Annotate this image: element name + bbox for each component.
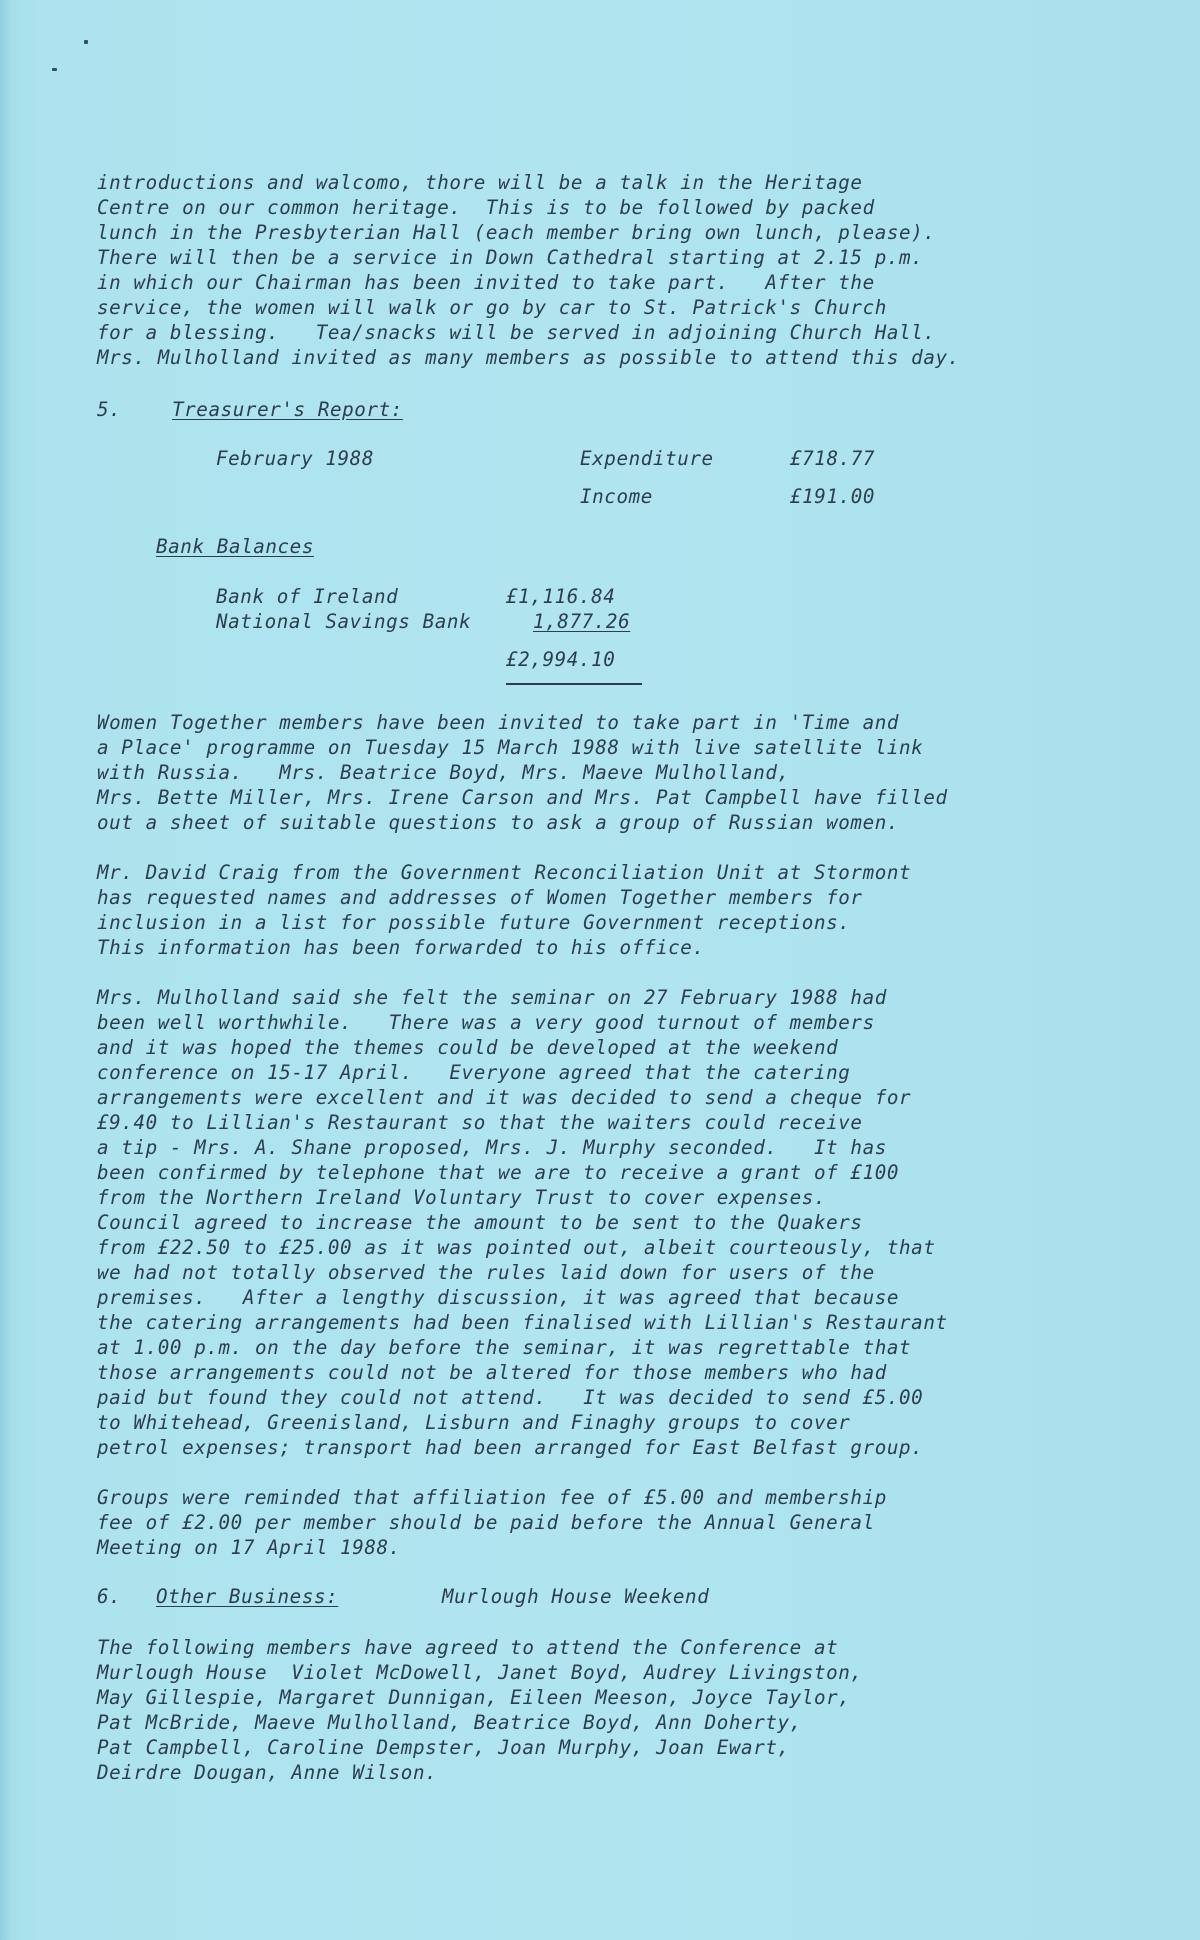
text-line: lunch in the Presbyterian Hall (each mem… xyxy=(97,220,960,245)
text-line: inclusion in a list for possible future … xyxy=(97,910,911,935)
text-line: been well worthwhile. There was a very g… xyxy=(97,1010,948,1035)
text-line: a Place' programme on Tuesday 15 March 1… xyxy=(97,735,948,760)
text-line: Pat Campbell, Caroline Dempster, Joan Mu… xyxy=(97,1735,863,1760)
text-line: with Russia. Mrs. Beatrice Boyd, Mrs. Ma… xyxy=(97,760,948,785)
income-label: Income xyxy=(580,485,653,508)
text-line: There will then be a service in Down Cat… xyxy=(97,245,960,270)
expenditure-label: Expenditure xyxy=(580,447,714,470)
text-line: been confirmed by telephone that we are … xyxy=(97,1160,948,1185)
text-line: arrangements were excellent and it was d… xyxy=(97,1085,948,1110)
members-paragraph: The following members have agreed to att… xyxy=(97,1635,863,1785)
text-line: May Gillespie, Margaret Dunnigan, Eileen… xyxy=(97,1685,863,1710)
bank-balances-title: Bank Balances xyxy=(156,535,314,558)
text-line: for a blessing. Tea/snacks will be serve… xyxy=(97,320,960,345)
text-line: and it was hoped the themes could be dev… xyxy=(97,1035,948,1060)
text-line: introductions and walcomo, thore will be… xyxy=(97,170,960,195)
text-line: The following members have agreed to att… xyxy=(97,1635,863,1660)
text-line: we had not totally observed the rules la… xyxy=(97,1260,948,1285)
time-and-place-paragraph: Women Together members have been invited… xyxy=(97,710,948,835)
section-6-subtitle: Murlough House Weekend xyxy=(442,1585,709,1608)
text-line: £9.40 to Lillian's Restaurant so that th… xyxy=(97,1110,948,1135)
section-5-title: Treasurer's Report: xyxy=(172,398,403,421)
text-line: petrol expenses; transport had been arra… xyxy=(97,1435,948,1460)
text-line: a tip - Mrs. A. Shane proposed, Mrs. J. … xyxy=(97,1135,948,1160)
text-line: Meeting on 17 April 1988. xyxy=(97,1535,887,1560)
text-line: Groups were reminded that affiliation fe… xyxy=(97,1485,887,1510)
text-line: conference on 15-17 April. Everyone agre… xyxy=(97,1060,948,1085)
craig-paragraph: Mr. David Craig from the Government Reco… xyxy=(97,860,911,960)
text-line: Mr. David Craig from the Government Reco… xyxy=(97,860,911,885)
text-line: paid but found they could not attend. It… xyxy=(97,1385,948,1410)
section-6-title: Other Business: xyxy=(156,1585,338,1608)
expenditure-value: £718.77 xyxy=(790,447,875,470)
text-line: premises. After a lengthy discussion, it… xyxy=(97,1285,948,1310)
paper-speck xyxy=(84,40,88,44)
text-line: has requested names and addresses of Wom… xyxy=(97,885,911,910)
total-underline xyxy=(506,683,642,685)
text-line: Mrs. Mulholland said she felt the semina… xyxy=(97,985,948,1010)
income-value: £191.00 xyxy=(790,485,875,508)
text-line: at 1.00 p.m. on the day before the semin… xyxy=(97,1335,948,1360)
text-line: the catering arrangements had been final… xyxy=(97,1310,948,1335)
text-line: those arrangements could not be altered … xyxy=(97,1360,948,1385)
bank-total: £2,994.10 xyxy=(506,648,615,671)
report-period: February 1988 xyxy=(216,447,374,470)
paper-speck xyxy=(52,68,57,71)
text-line: Mrs. Mulholland invited as many members … xyxy=(97,345,960,370)
document-page: introductions and walcomo, thore will be… xyxy=(0,0,1200,1940)
text-line: Mrs. Bette Miller, Mrs. Irene Carson and… xyxy=(97,785,948,810)
text-line: out a sheet of suitable questions to ask… xyxy=(97,810,948,835)
bank-value: 1,877.26 xyxy=(533,610,630,633)
text-line: Centre on our common heritage. This is t… xyxy=(97,195,960,220)
text-line: Murlough House Violet McDowell, Janet Bo… xyxy=(97,1660,863,1685)
text-line: from £22.50 to £25.00 as it was pointed … xyxy=(97,1235,948,1260)
section-5-number: 5. xyxy=(97,398,121,421)
section-6-number: 6. xyxy=(97,1585,121,1608)
text-line: in which our Chairman has been invited t… xyxy=(97,270,960,295)
text-line: from the Northern Ireland Voluntary Trus… xyxy=(97,1185,948,1210)
text-line: This information has been forwarded to h… xyxy=(97,935,911,960)
text-line: to Whitehead, Greenisland, Lisburn and F… xyxy=(97,1410,948,1435)
text-line: Pat McBride, Maeve Mulholland, Beatrice … xyxy=(97,1710,863,1735)
bank-value: £1,116.84 xyxy=(506,585,615,608)
text-line: Women Together members have been invited… xyxy=(97,710,948,735)
bank-name: National Savings Bank xyxy=(216,610,471,633)
text-line: fee of £2.00 per member should be paid b… xyxy=(97,1510,887,1535)
text-line: Council agreed to increase the amount to… xyxy=(97,1210,948,1235)
text-line: Deirdre Dougan, Anne Wilson. xyxy=(97,1760,863,1785)
seminar-paragraph: Mrs. Mulholland said she felt the semina… xyxy=(97,985,948,1460)
fees-paragraph: Groups were reminded that affiliation fe… xyxy=(97,1485,887,1560)
intro-paragraph: introductions and walcomo, thore will be… xyxy=(97,170,960,370)
bank-name: Bank of Ireland xyxy=(216,585,398,608)
text-line: service, the women will walk or go by ca… xyxy=(97,295,960,320)
